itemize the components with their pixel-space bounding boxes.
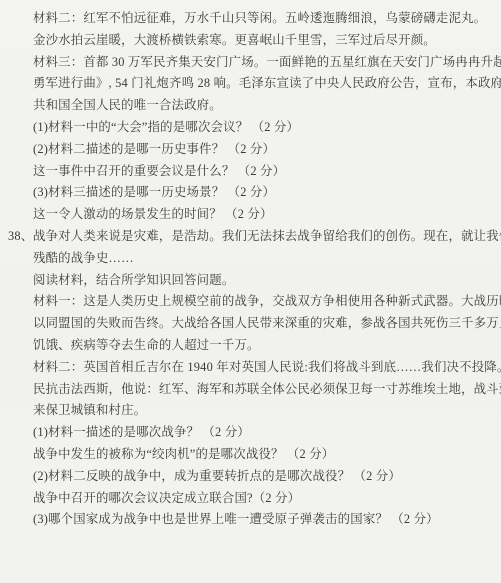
q38-material-1-line-3: 饥饿、疾病等夺去生命的人超过一千万。	[0, 335, 501, 357]
q37-subquestion-1: (1)材料一中的“大会”指的是哪次会议？ （2 分）	[0, 117, 501, 139]
q37-material-2-poem-line-1: 材料二：红军不怕远征难，万水千山只等闲。五岭逶迤腾细浪，乌蒙磅礴走泥丸。	[0, 8, 501, 30]
q37-subquestion-2b: 这一事件中召开的重要会议是什么？ （2 分）	[0, 161, 501, 183]
exam-text-block: 材料二：红军不怕远征难，万水千山只等闲。五岭逶迤腾细浪，乌蒙磅礴走泥丸。 金沙水…	[0, 8, 501, 531]
q37-material-3-line-1: 材料三：首都 30 万军民齐集天安门广场。一面鲜艳的五星红旗在天安门广场冉冉升起…	[0, 52, 501, 74]
q38-material-2-line-2: 民抗击法西斯，他说：红军、海军和苏联全体公民必须保卫每一寸苏维埃土地，战斗到最后…	[0, 379, 501, 401]
q38-material-1-line-2: 以同盟国的失败而告终。大战给各国人民带来深重的灾难，参战各国共死伤三千多万人，其…	[0, 313, 501, 335]
q38-intro-line-1: 38、战争对人类来说是灾难，是浩劫。我们无法抹去战争留给我们的创伤。现在，就让我…	[0, 226, 501, 248]
q37-material-2-poem-line-2: 金沙水拍云崖暖，大渡桥横铁索寒。更喜岷山千里雪，三军过后尽开颜。	[0, 30, 501, 52]
q38-material-2-line-3: 来保卫城镇和村庄。	[0, 400, 501, 422]
q38-intro-text: 战争对人类来说是灾难，是浩劫。我们无法抹去战争留给我们的创伤。现在，就让我们一起…	[33, 229, 501, 243]
q38-subquestion-1b: 战争中发生的被称为“绞肉机”的是哪次战役？ （2 分）	[0, 444, 501, 466]
exam-paper-page: 材料二：红军不怕远征难，万水千山只等闲。五岭逶迤腾细浪，乌蒙磅礴走泥丸。 金沙水…	[0, 0, 501, 583]
q38-material-1-line-1: 材料一：这是人类历史上规模空前的战争，交战双方争相使用各种新式武器。大战历时四年…	[0, 291, 501, 313]
q37-material-3-line-3: 共和国全国人民的唯一合法政府。	[0, 95, 501, 117]
q38-intro-line-3: 阅读材料，结合所学知识回答问题。	[0, 270, 501, 292]
q37-subquestion-3b: 这一令人激动的场景发生的时间？ （2 分）	[0, 204, 501, 226]
q38-material-2-line-1: 材料二：英国首相丘吉尔在 1940 年对英国人民说:我们将战斗到底……我们决不投…	[0, 357, 501, 379]
q38-subquestion-1: (1)材料一描述的是哪次战争？ （2 分）	[0, 422, 501, 444]
q38-subquestion-2: (2)材料二反映的战争中，成为重要转折点的是哪次战役？ （2 分）	[0, 466, 501, 488]
q37-material-3-line-2: 勇军进行曲》, 54 门礼炮齐鸣 28 响。毛泽东宣读了中央人民政府公告，宣布，…	[0, 73, 501, 95]
q38-subquestion-3: (3)哪个国家成为战争中也是世界上唯一遭受原子弹袭击的国家？ （2 分）	[0, 509, 501, 531]
q37-subquestion-2: (2)材料二描述的是哪一历史事件？ （2 分）	[0, 139, 501, 161]
q38-intro-line-2: 残酷的战争史……	[0, 248, 501, 270]
q38-subquestion-2b: 战争中召开的哪次会议决定成立联合国?（2 分）	[0, 488, 501, 510]
q37-subquestion-3: (3)材料三描述的是哪一历史场景？ （2 分）	[0, 182, 501, 204]
question-38-number: 38、	[8, 226, 33, 248]
